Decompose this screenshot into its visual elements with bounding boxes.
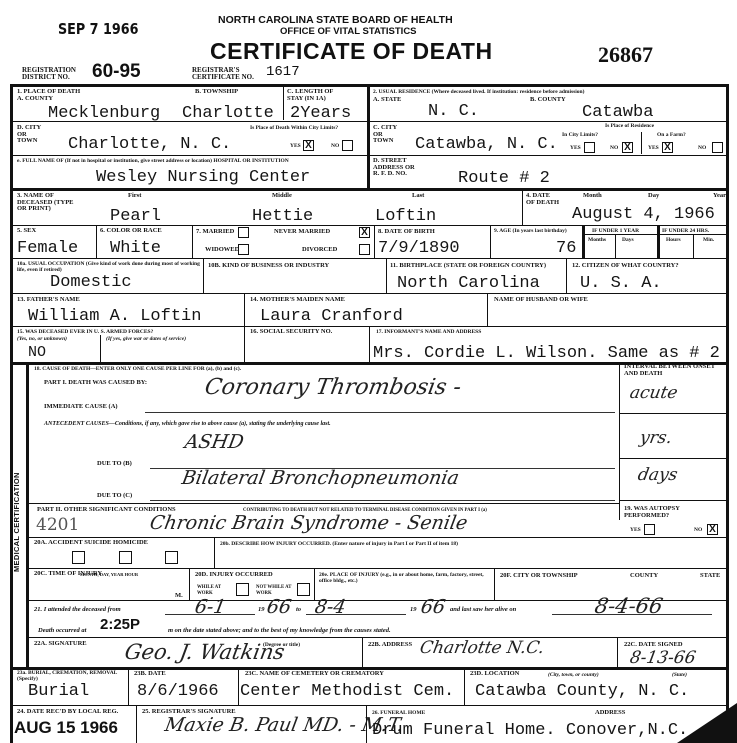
- while-at-work-checkbox[interactable]: [236, 583, 249, 596]
- attended-from: 6-1: [193, 596, 227, 618]
- funeral-home-address-label: ADDRESS: [595, 710, 625, 717]
- received-date-stamp: SEP 7 1966: [58, 20, 138, 38]
- immediate-cause-label: IMMEDIATE CAUSE (a): [44, 404, 118, 411]
- month-label: Month: [583, 193, 602, 200]
- spouse-name-label: NAME OF HUSBAND OR WIFE: [494, 297, 588, 304]
- cemetery-name: Center Methodist Cem.: [240, 683, 454, 700]
- residence-city: Catawba, N. C.: [415, 136, 558, 153]
- length-of-stay-label: c. LENGTH OF STAY (in 1a): [287, 89, 347, 102]
- cemetery-label: 23c. NAME OF CEMETERY OR CREMATORY: [245, 671, 384, 678]
- residence-city-label: c. CITY OR TOWN: [373, 125, 399, 145]
- widowed-checkbox[interactable]: [238, 244, 249, 255]
- within-city-no-label: NO: [331, 143, 339, 149]
- occupation-label: 10a. USUAL OCCUPATION (Give kind of work…: [17, 261, 207, 273]
- describe-injury-label: 20b. DESCRIBE HOW INJURY OCCURRED. (Ente…: [220, 541, 458, 547]
- birthplace-value: North Carolina: [397, 275, 540, 292]
- hospital-name: Wesley Nursing Center: [96, 169, 310, 186]
- township-label: b. TOWNSHIP: [195, 89, 238, 96]
- burial-date: 8/6/1966: [137, 683, 219, 700]
- year-label: Year: [713, 193, 726, 200]
- race-label: 6. COLOR OR RACE: [100, 228, 162, 235]
- autopsy-yes-checkbox[interactable]: [644, 524, 655, 535]
- in-city-no-label: NO: [610, 145, 618, 151]
- document-title: CERTIFICATE OF DEATH: [210, 38, 493, 65]
- death-township: Charlotte: [182, 105, 274, 122]
- date-signed: 8-13-66: [628, 648, 697, 668]
- father-name-label: 13. FATHER'S NAME: [17, 297, 80, 304]
- first-name-label: First: [128, 193, 141, 200]
- informant-label: 17. INFORMANT'S NAME AND ADDRESS: [376, 329, 481, 335]
- attended-from-year: 66: [265, 596, 293, 618]
- city-label: d. CITY OR TOWN: [17, 125, 43, 145]
- part-2-code: 4201: [36, 515, 79, 535]
- attended-to-year-prefix: 19: [410, 606, 417, 613]
- suicide-checkbox[interactable]: [119, 551, 132, 564]
- physician-address-label: 22b. ADDRESS: [368, 642, 412, 649]
- father-name: William A. Loftin: [28, 308, 201, 325]
- usual-residence-label: 2. USUAL RESIDENCE (Where deceased lived…: [373, 89, 584, 95]
- not-while-at-work-checkbox[interactable]: [297, 583, 310, 596]
- autopsy-no-checkbox[interactable]: X: [707, 524, 718, 535]
- place-of-injury-label: 20e. PLACE OF INJURY (e.g., in or about …: [319, 572, 489, 584]
- married-checkbox[interactable]: [238, 227, 249, 238]
- months-label: Months: [588, 237, 606, 243]
- injury-county-label: COUNTY: [630, 573, 658, 580]
- middle-name-label: Middle: [272, 193, 292, 200]
- within-city-yes-checkbox[interactable]: X: [303, 140, 314, 151]
- attended-label: 21. I attended the deceased from: [34, 606, 121, 613]
- cause-b-interval: days: [636, 465, 679, 485]
- time-of-injury-sub: MONTH, DAY, YEAR HOUR: [80, 572, 138, 578]
- cause-b: Bilateral Bronchopneumonia: [180, 467, 461, 489]
- mother-maiden-name: Laura Cranford: [260, 308, 403, 325]
- due-to-c-label: DUE TO (c): [97, 493, 132, 500]
- burial-date-label: 23b. DATE: [134, 671, 166, 678]
- due-to-b-label: DUE TO (b): [97, 461, 132, 468]
- attended-to: 8-4: [313, 596, 347, 618]
- length-of-stay: 2Years: [290, 105, 351, 122]
- part-1-label: PART I. DEATH WAS CAUSED BY:: [44, 380, 147, 387]
- registrar-cert-number: 1617: [266, 64, 300, 80]
- location-sub-label: (City, town, or county): [548, 672, 599, 678]
- hospital-label: e. FULL NAME OF (If not in hospital or i…: [17, 158, 352, 164]
- accident-checkbox[interactable]: [72, 551, 85, 564]
- certificate-number: 26867: [598, 42, 653, 68]
- age-label: 9. AGE (In years last birthday): [494, 228, 578, 234]
- business-label: 10b. KIND OF BUSINESS OR INDUSTRY: [208, 263, 329, 270]
- armed-forces-war-label: (If yes, give war or dates of service): [106, 336, 186, 342]
- informant-value: Mrs. Cordie L. Wilson. Same as # 2: [373, 345, 720, 362]
- registrar-signature: Maxie B. Paul MD. - M.T.: [163, 714, 405, 736]
- attended-to-label: to: [296, 606, 301, 613]
- mother-maiden-name-label: 14. MOTHER'S MAIDEN NAME: [250, 297, 345, 304]
- divorced-checkbox[interactable]: [359, 244, 370, 255]
- last-saw-date: 8-4-66: [593, 594, 665, 618]
- death-county: Mecklenburg: [48, 105, 160, 122]
- funeral-home-label: 26. FUNERAL HOME: [372, 710, 425, 716]
- county-label: a. COUNTY: [17, 96, 53, 103]
- attended-from-year-prefix: 19: [258, 606, 265, 613]
- armed-forces-value: NO: [28, 344, 46, 361]
- in-city-yes-label: YES: [570, 145, 581, 151]
- cause-of-death-label: 18. CAUSE OF DEATH—ENTER ONLY ONE CAUSE …: [34, 366, 241, 372]
- armed-forces-label: 15. WAS DECEASED EVER IN U. S. ARMED FOR…: [17, 329, 153, 335]
- widowed-label: WIDOWED: [205, 247, 239, 254]
- place-of-residence-label: Is Place of Residence: [605, 123, 654, 129]
- accident-suicide-homicide-label: 20a. ACCIDENT SUICIDE HOMICIDE: [34, 540, 148, 547]
- within-city-no-checkbox[interactable]: [342, 140, 353, 151]
- interval-label: INTERVAL BETWEEN ONSET AND DEATH: [624, 364, 724, 377]
- autopsy-yes-label: YES: [630, 527, 641, 533]
- antecedent-note: ASHD: [183, 431, 245, 453]
- on-farm-label: On a Farm?: [657, 132, 686, 138]
- ssn-label: 16. SOCIAL SECURITY NO.: [250, 329, 332, 336]
- in-city-limits-label: In City Limits?: [562, 132, 598, 138]
- divorced-label: DIVORCED: [302, 247, 337, 254]
- min-label: Min.: [703, 237, 714, 243]
- antecedent-causes-label: ANTECEDENT CAUSES—Conditions, if any, wh…: [44, 421, 331, 427]
- city-township-label: 20f. CITY OR TOWNSHIP: [500, 573, 578, 580]
- antecedent-interval: yrs.: [638, 428, 673, 448]
- m-label: M.: [175, 593, 183, 600]
- armed-forces-sub-label: (Yes, no, or unknown): [17, 336, 67, 342]
- location-state-sub-label: (State): [672, 672, 687, 678]
- in-city-no-checkbox[interactable]: X: [622, 142, 633, 153]
- sex-value: Female: [17, 240, 78, 257]
- on-farm-yes-checkbox[interactable]: X: [662, 142, 673, 153]
- married-label: 7. MARRIED: [196, 229, 234, 236]
- registration-district-number: 60-95: [92, 61, 141, 83]
- autopsy-label: 19. WAS AUTOPSY PERFORMED?: [624, 506, 720, 519]
- on-farm-no-label: NO: [698, 145, 706, 151]
- citizenship-label: 12. CITIZEN OF WHAT COUNTRY?: [572, 263, 679, 270]
- on-farm-no-checkbox[interactable]: [712, 142, 723, 153]
- name-of-deceased-label: 3. NAME OF DECEASED (Type or Print): [17, 193, 77, 213]
- last-saw-label: and last saw her alive on: [450, 606, 516, 613]
- death-time: 2:25P: [100, 616, 140, 633]
- date-of-death: August 4, 1966: [572, 206, 715, 223]
- in-city-yes-checkbox[interactable]: [584, 142, 595, 153]
- never-married-checkbox[interactable]: X: [359, 227, 370, 238]
- part-2-conditions: Chronic Brain Syndrome - Senile: [148, 512, 469, 534]
- agency-name: NORTH CAROLINA STATE BOARD OF HEALTH: [218, 14, 453, 26]
- injury-occurred-label: 20d. INJURY OCCURRED: [195, 572, 273, 579]
- attended-to-year: 66: [419, 596, 447, 618]
- location-label: 23d. LOCATION: [470, 671, 519, 678]
- death-occurred-suffix: m on the date stated above; and to the b…: [168, 627, 391, 634]
- residence-county-label: b. COUNTY: [530, 97, 566, 104]
- deceased-middle-name: Hettie: [252, 208, 313, 225]
- citizenship-value: U. S. A.: [580, 275, 662, 292]
- date-received-label: 24. DATE REC'D BY LOCAL REG.: [17, 709, 137, 716]
- injury-state-label: STATE: [700, 573, 720, 580]
- immediate-cause: Coronary Thrombosis -: [203, 375, 463, 400]
- death-occurred-label: Death occurred at: [38, 627, 86, 634]
- deceased-last-name: Loftin: [375, 208, 436, 225]
- within-city-yes-label: YES: [290, 143, 301, 149]
- funeral-home-name: Drum Funeral Home. Conover,N.C.: [372, 722, 688, 739]
- date-of-death-label: 4. DATE OF DEATH: [526, 193, 560, 206]
- deceased-first-name: Pearl: [110, 208, 161, 225]
- race-value: White: [110, 240, 161, 257]
- age-value: 76: [556, 240, 576, 257]
- autopsy-no-label: NO: [694, 527, 702, 533]
- sex-label: 5. SEX: [17, 228, 36, 235]
- days-label: Days: [622, 237, 634, 243]
- hours-label: Hours: [666, 237, 681, 243]
- registration-district-label: REGISTRATION DISTRICT NO.: [22, 67, 92, 81]
- street-address: Route # 2: [458, 170, 550, 187]
- day-label: Day: [648, 193, 659, 200]
- scan-corner-fold: [677, 703, 737, 743]
- physician-address: Charlotte N.C.: [418, 638, 546, 658]
- occupation-value: Domestic: [50, 274, 132, 291]
- within-city-limits-label: Is Place of Death Within City Limits?: [250, 125, 360, 131]
- physician-signature: Geo. J. Watkins: [123, 640, 287, 664]
- burial-location: Catawba County, N. C.: [475, 683, 689, 700]
- immediate-cause-interval: acute: [628, 383, 679, 403]
- homicide-checkbox[interactable]: [165, 551, 178, 564]
- death-city: Charlotte, N. C.: [68, 136, 231, 153]
- registrar-cert-label: REGISTRAR'S CERTIFICATE NO.: [192, 67, 262, 81]
- residence-county: Catawba: [582, 104, 653, 121]
- on-farm-yes-label: YES: [648, 145, 659, 151]
- degree-label: (Degree or title): [263, 642, 300, 648]
- never-married-label: NEVER MARRIED: [274, 229, 330, 236]
- medical-certification-side-label: MEDICAL CERTIFICATION: [12, 472, 21, 572]
- last-name-label: Last: [412, 193, 424, 200]
- date-received-stamp: AUG 15 1966: [14, 718, 118, 738]
- street-address-label: d. STREET ADDRESS or R. F. D. NO.: [373, 158, 415, 178]
- residence-state-label: a. STATE: [373, 97, 401, 104]
- disposition-label: 23a. BURIAL, CREMATION, REMOVAL (Specify…: [17, 670, 127, 682]
- birthplace-label: 11. BIRTHPLACE (State or foreign country…: [390, 263, 546, 270]
- signature-label: 22a. SIGNATURE: [34, 641, 87, 648]
- disposition-value: Burial: [28, 683, 89, 700]
- residence-state: N. C.: [428, 103, 479, 120]
- date-of-birth: 7/9/1890: [378, 240, 460, 257]
- date-of-birth-label: 8. DATE OF BIRTH: [378, 229, 435, 236]
- office-name: OFFICE OF VITAL STATISTICS: [280, 26, 417, 37]
